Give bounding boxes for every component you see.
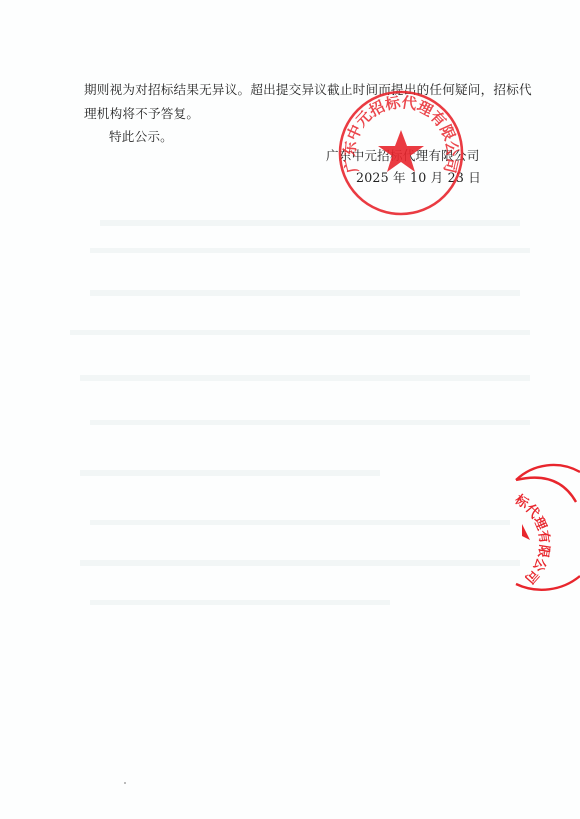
body-text-line: 理机构将不予答复。	[84, 103, 199, 122]
scan-background-texture	[0, 0, 580, 819]
document-page: 期则视为对招标结果无异议。超出提交异议截止时间而提出的任何疑问，招标代 理机构将…	[0, 0, 580, 819]
signature-organization: 广东中元招标代理有限公司	[326, 145, 480, 164]
closing-text: 特此公示。	[109, 126, 173, 145]
body-text-line: 期则视为对招标结果无异议。超出提交异议截止时间而提出的任何疑问，招标代	[84, 79, 532, 98]
seam-seal-icon: 标代理有限公司	[500, 462, 580, 592]
seal-text: 标代理有限公司	[511, 491, 552, 587]
signature-date: 2025 年 10 月 23 日	[356, 167, 481, 186]
scan-speck	[124, 782, 126, 784]
svg-text:标代理有限公司: 标代理有限公司	[511, 491, 552, 587]
star-icon	[522, 524, 530, 540]
